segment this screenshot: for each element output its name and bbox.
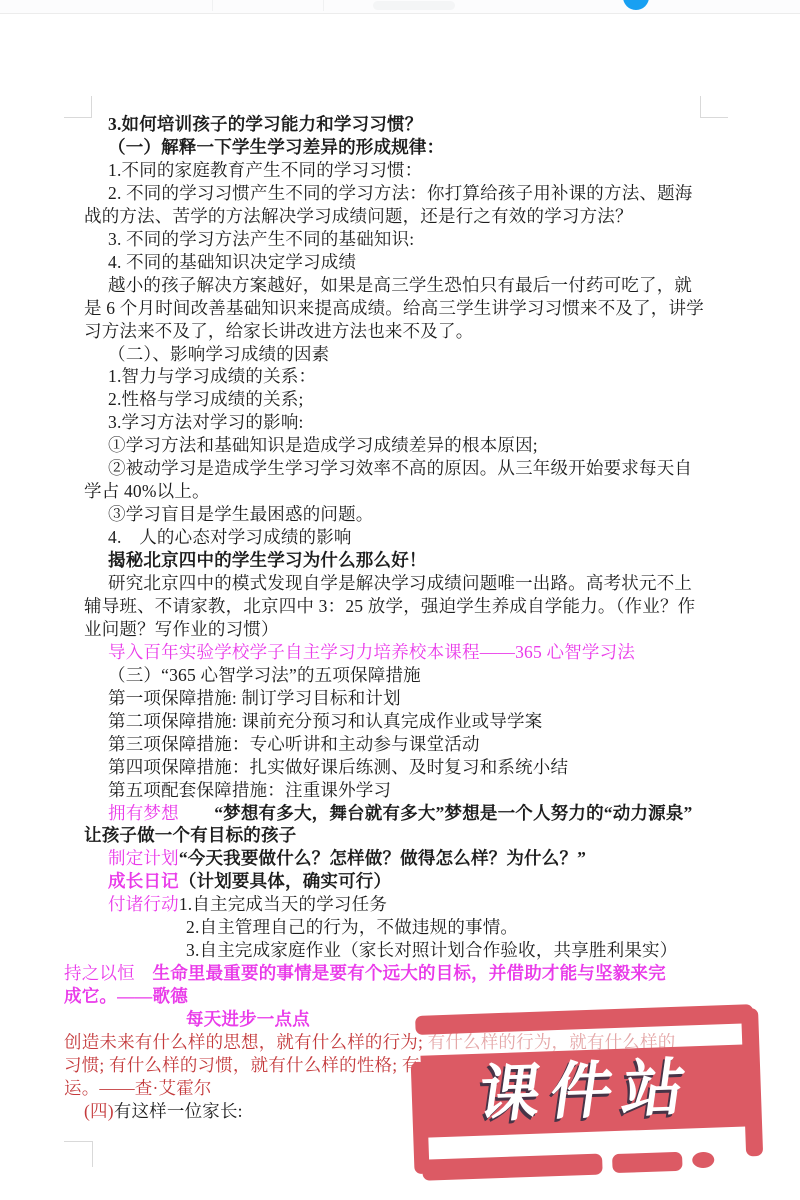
text-line: ①学习方法和基础知识是造成学习成绩差异的根本原因;	[108, 434, 538, 457]
text-line: 3. 不同的学习方法产生不同的基础知识:	[108, 228, 414, 251]
text-segment: 生命里最重要的事情是要有个远大的目标，并借助才能与坚毅来完	[153, 963, 666, 983]
tab-separator	[212, 0, 213, 11]
text-segment: 3. 不同的学习方法产生不同的基础知识:	[108, 229, 414, 249]
text-segment: 2.性格与学习成绩的关系;	[108, 389, 304, 409]
tab-pill[interactable]	[373, 1, 455, 10]
text-segment: 3.如何培训孩子的学习能力和学习习惯？	[108, 114, 422, 134]
text-segment: 第二项保障措施: 课前充分预习和认真完成作业或导学案	[108, 711, 542, 731]
text-line: （二）、影响学习成绩的因素	[108, 343, 329, 366]
text-line: 让孩子做一个有目标的孩子	[84, 824, 296, 847]
text-boundary-mark	[64, 117, 92, 118]
text-line: 第二项保障措施: 课前充分预习和认真完成作业或导学案	[108, 710, 542, 733]
text-line: 3.如何培训孩子的学习能力和学习习惯？	[108, 113, 422, 136]
text-segment: 成它。——歌德	[64, 986, 188, 1006]
text-line: 3.自主完成家庭作业（家长对照计划合作验收，共享胜利果实）	[186, 939, 677, 962]
text-segment: 创造未来有什么样的思想，就有什么样的行为; 有什么样的行为，就有什么样的	[64, 1032, 675, 1052]
text-line: 习方法来不及了，给家长讲改进方法也来不及了。	[84, 320, 473, 343]
text-segment: 有这样一位家长:	[114, 1101, 243, 1121]
text-segment: 辅导班、不请家教，北京四中 3：25 放学，强迫学生养成自学能力。（作业？作	[84, 596, 695, 616]
text-segment: “今天我要做什么？怎样做？做得怎么样？为什么？”	[179, 848, 586, 868]
text-segment: 2. 不同的学习习惯产生不同的学习方法：你打算给孩子用补课的方法、题海	[108, 183, 693, 203]
text-boundary-mark	[92, 1141, 93, 1167]
text-line: 战的方法、苦学的方法解决学习成绩问题，还是行之有效的学习方法？	[84, 205, 633, 228]
stamp-border-bottom	[422, 1154, 603, 1181]
text-segment: 是 6 个月时间改善基础知识来提高成绩。给高三学生讲学习习惯来不及了，讲学	[84, 298, 704, 318]
text-line: 2.自主管理自己的行为，不做违规的事情。	[186, 916, 518, 939]
text-boundary-mark	[700, 117, 728, 118]
text-segment: 第五项配套保障措施：注重课外学习	[108, 780, 391, 800]
text-line: 第五项配套保障措施：注重课外学习	[108, 779, 391, 802]
text-segment: 4. 不同的基础知识决定学习成绩	[108, 252, 356, 272]
stamp-border-left	[411, 1062, 430, 1174]
text-segment: 3.自主完成家庭作业（家长对照计划合作验收，共享胜利果实）	[186, 940, 677, 960]
text-segment: 成长日记	[108, 871, 179, 891]
text-line: 3.学习方法对学习的影响:	[108, 411, 304, 434]
stamp-border-right	[741, 1008, 763, 1157]
text-line: 创造未来有什么样的思想，就有什么样的行为; 有什么样的行为，就有什么样的	[64, 1031, 675, 1054]
text-segment: 持之以恒	[64, 963, 153, 983]
text-segment: 3.学习方法对学习的影响:	[108, 412, 304, 432]
text-line: 成它。——歌德	[64, 985, 188, 1008]
text-segment: 制定计划	[108, 848, 179, 868]
text-line: 导入百年实验学校学子自主学习力培养校本课程——365 心智学习法	[108, 641, 635, 664]
text-boundary-mark	[91, 96, 92, 118]
text-line: 持之以恒 生命里最重要的事情是要有个远大的目标，并借助才能与坚毅来完	[64, 962, 666, 985]
browser-top-bar	[0, 0, 800, 14]
text-segment: 第一项保障措施: 制订学习目标和计划	[108, 688, 401, 708]
text-line: 业问题？写作业的习惯）	[84, 618, 279, 641]
stamp-border-bottom	[692, 1152, 715, 1169]
text-line: 研究北京四中的模式发现自学是解决学习成绩问题唯一出路。高考状元不上	[108, 572, 692, 595]
text-line: ②被动学习是造成学生学习学习效率不高的原因。从三年级开始要求每天自	[108, 457, 692, 480]
text-segment: (四)	[84, 1101, 114, 1121]
text-segment: “梦想有多大，舞台就有多大”梦想是一个人努力的“动力源泉”	[214, 803, 692, 823]
text-segment: 1.智力与学习成绩的关系：	[108, 366, 316, 386]
text-segment: 4. 人的心态对学习成绩的影响	[108, 527, 352, 547]
text-line: 辅导班、不请家教，北京四中 3：25 放学，强迫学生养成自学能力。（作业？作	[84, 595, 695, 618]
text-segment: （二）、影响学习成绩的因素	[108, 344, 329, 364]
text-line: 1.智力与学习成绩的关系：	[108, 365, 316, 388]
text-segment: 业问题？写作业的习惯）	[84, 619, 279, 639]
text-segment: 2.自主管理自己的行为，不做违规的事情。	[186, 917, 518, 937]
text-segment: 每天进步一点点	[186, 1009, 310, 1029]
text-segment: 揭秘北京四中的学生学习为什么那么好！	[108, 550, 427, 570]
text-line: 拥有梦想 “梦想有多大，舞台就有多大”梦想是一个人努力的“动力源泉”	[108, 802, 693, 825]
avatar-icon[interactable]	[623, 0, 649, 10]
text-segment: ②被动学习是造成学生学习学习效率不高的原因。从三年级开始要求每天自	[108, 458, 692, 478]
text-line: 第一项保障措施: 制订学习目标和计划	[108, 687, 401, 710]
text-line: 成长日记（计划要具体，确实可行）	[108, 870, 391, 893]
text-segment: （三）“365 心智学习法”的五项保障措施	[108, 665, 421, 685]
text-segment: 战的方法、苦学的方法解决学习成绩问题，还是行之有效的学习方法？	[84, 206, 633, 226]
text-line: 2. 不同的学习习惯产生不同的学习方法：你打算给孩子用补课的方法、题海	[108, 182, 693, 205]
text-segment: （计划要具体，确实可行）	[179, 871, 391, 891]
text-line: 越小的孩子解决方案越好，如果是高三学生恐怕只有最后一付药可吃了，就	[108, 274, 692, 297]
text-line: （三）“365 心智学习法”的五项保障措施	[108, 664, 421, 687]
text-segment: ③学习盲目是学生最困惑的问题。	[108, 504, 374, 524]
text-line: 1.不同的家庭教育产生不同的学习习惯：	[108, 159, 422, 182]
text-segment: 1.自主完成当天的学习任务	[179, 894, 387, 914]
text-segment: 运。——查·艾霍尔	[64, 1078, 212, 1098]
text-line: 4. 人的心态对学习成绩的影响	[108, 526, 352, 549]
text-line: 揭秘北京四中的学生学习为什么那么好！	[108, 549, 427, 572]
text-line: （一）解释一下学生学习差异的形成规律：	[108, 136, 444, 159]
text-line: 4. 不同的基础知识决定学习成绩	[108, 251, 356, 274]
text-segment: （一）解释一下学生学习差异的形成规律：	[108, 137, 444, 157]
text-line: (四)有这样一位家长:	[84, 1100, 243, 1123]
tab-separator	[323, 0, 324, 11]
text-segment: 拥有梦想	[108, 803, 214, 823]
text-segment: 第三项保障措施：专心听讲和主动参与课堂活动	[108, 734, 480, 754]
text-segment: 习惯; 有什么样的习惯，就有什么样的性格; 有什么样的性格，就有什么样的命	[64, 1055, 667, 1075]
text-line: 第四项保障措施：扎实做好课后练测、及时复习和系统小结	[108, 756, 568, 779]
text-line: 是 6 个月时间改善基础知识来提高成绩。给高三学生讲学习习惯来不及了，讲学	[84, 297, 704, 320]
text-line: 习惯; 有什么样的习惯，就有什么样的性格; 有什么样的性格，就有什么样的命	[64, 1054, 667, 1077]
text-line: 运。——查·艾霍尔	[64, 1077, 212, 1100]
text-segment: 付诸行动	[108, 894, 179, 914]
text-segment: 让孩子做一个有目标的孩子	[84, 825, 296, 845]
text-boundary-mark	[700, 96, 701, 118]
stamp-border-bottom	[612, 1152, 683, 1173]
text-segment: 第四项保障措施：扎实做好课后练测、及时复习和系统小结	[108, 757, 568, 777]
text-segment: 学占 40%以上。	[84, 481, 210, 501]
text-line: 2.性格与学习成绩的关系;	[108, 388, 304, 411]
text-segment: 1.不同的家庭教育产生不同的学习习惯：	[108, 160, 422, 180]
text-boundary-mark	[64, 1141, 93, 1142]
text-segment: 导入百年实验学校学子自主学习力培养校本课程——365 心智学习法	[108, 642, 635, 662]
text-line: 每天进步一点点	[186, 1008, 310, 1031]
text-segment: 习方法来不及了，给家长讲改进方法也来不及了。	[84, 321, 473, 341]
text-line: 第三项保障措施：专心听讲和主动参与课堂活动	[108, 733, 480, 756]
text-line: 学占 40%以上。	[84, 480, 210, 503]
text-segment: ①学习方法和基础知识是造成学习成绩差异的根本原因;	[108, 435, 538, 455]
text-line: 付诸行动1.自主完成当天的学习任务	[108, 893, 387, 916]
text-line: 制定计划“今天我要做什么？怎样做？做得怎么样？为什么？”	[108, 847, 586, 870]
text-line: ③学习盲目是学生最困惑的问题。	[108, 503, 374, 526]
text-segment: 研究北京四中的模式发现自学是解决学习成绩问题唯一出路。高考状元不上	[108, 573, 692, 593]
text-segment: 越小的孩子解决方案越好，如果是高三学生恐怕只有最后一付药可吃了，就	[108, 275, 692, 295]
